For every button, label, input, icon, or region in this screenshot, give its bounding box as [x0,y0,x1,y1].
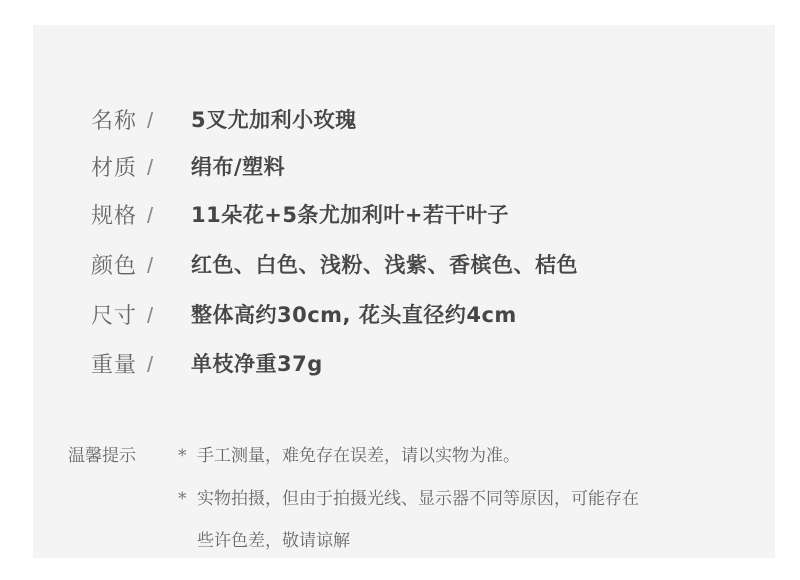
spec-label-specification: 规格/ [91,199,191,230]
spec-label-text: 规格 [91,204,137,229]
spec-row-weight: 重量/ 单枝净重37g [91,346,323,380]
spec-value-name: 5叉尤加利小玫瑰 [191,104,357,134]
spec-label-text: 材质 [91,156,137,181]
spec-row-size: 尺寸/ 整体高约30cm, 花头直径约4cm [91,297,517,331]
spec-value-size: 整体高约30cm, 花头直径约4cm [191,299,517,329]
separator: / [147,155,154,181]
spec-label-size: 尺寸/ [91,299,191,330]
separator: / [147,303,154,329]
spec-label-text: 尺寸 [91,304,137,329]
spec-value-material: 绢布/塑料 [191,151,285,181]
note-item-1: *手工测量，难免存在误差，请以实物为准。 [178,441,520,466]
spec-value-weight: 单枝净重37g [191,348,323,378]
spec-label-text: 名称 [91,109,137,134]
spec-value-color: 红色、白色、浅粉、浅紫、香槟色、桔色 [191,249,578,279]
spec-label-name: 名称/ [91,104,191,135]
note-item-2: *实物拍摄，但由于拍摄光线、显示器不同等原因，可能存在 [178,484,639,509]
asterisk-bullet-icon: * [178,489,197,509]
spec-row-name: 名称/ 5叉尤加利小玫瑰 [91,102,357,136]
spec-row-specification: 规格/ 11朵花+5条尤加利叶+若干叶子 [91,197,509,231]
spec-row-material: 材质/ 绢布/塑料 [91,149,285,183]
spec-value-specification: 11朵花+5条尤加利叶+若干叶子 [191,199,509,229]
note-text: 手工测量，难免存在误差，请以实物为准。 [197,446,520,466]
separator: / [147,253,154,279]
product-spec-card: 名称/ 5叉尤加利小玫瑰 材质/ 绢布/塑料 规格/ 11朵花+5条尤加利叶+若… [33,25,775,558]
spec-label-text: 重量 [91,353,137,378]
spec-label-weight: 重量/ [91,348,191,379]
notes-label: 温馨提示 [68,441,136,466]
separator: / [147,108,154,134]
spec-row-color: 颜色/ 红色、白色、浅粉、浅紫、香槟色、桔色 [91,247,578,281]
spec-label-text: 颜色 [91,254,137,279]
spec-label-material: 材质/ [91,151,191,182]
asterisk-bullet-icon: * [178,446,197,466]
separator: / [147,352,154,378]
note-text: 实物拍摄，但由于拍摄光线、显示器不同等原因，可能存在 [197,489,639,509]
separator: / [147,203,154,229]
note-item-2-continuation: 些许色差，敬请谅解 [197,526,350,551]
spec-label-color: 颜色/ [91,249,191,280]
